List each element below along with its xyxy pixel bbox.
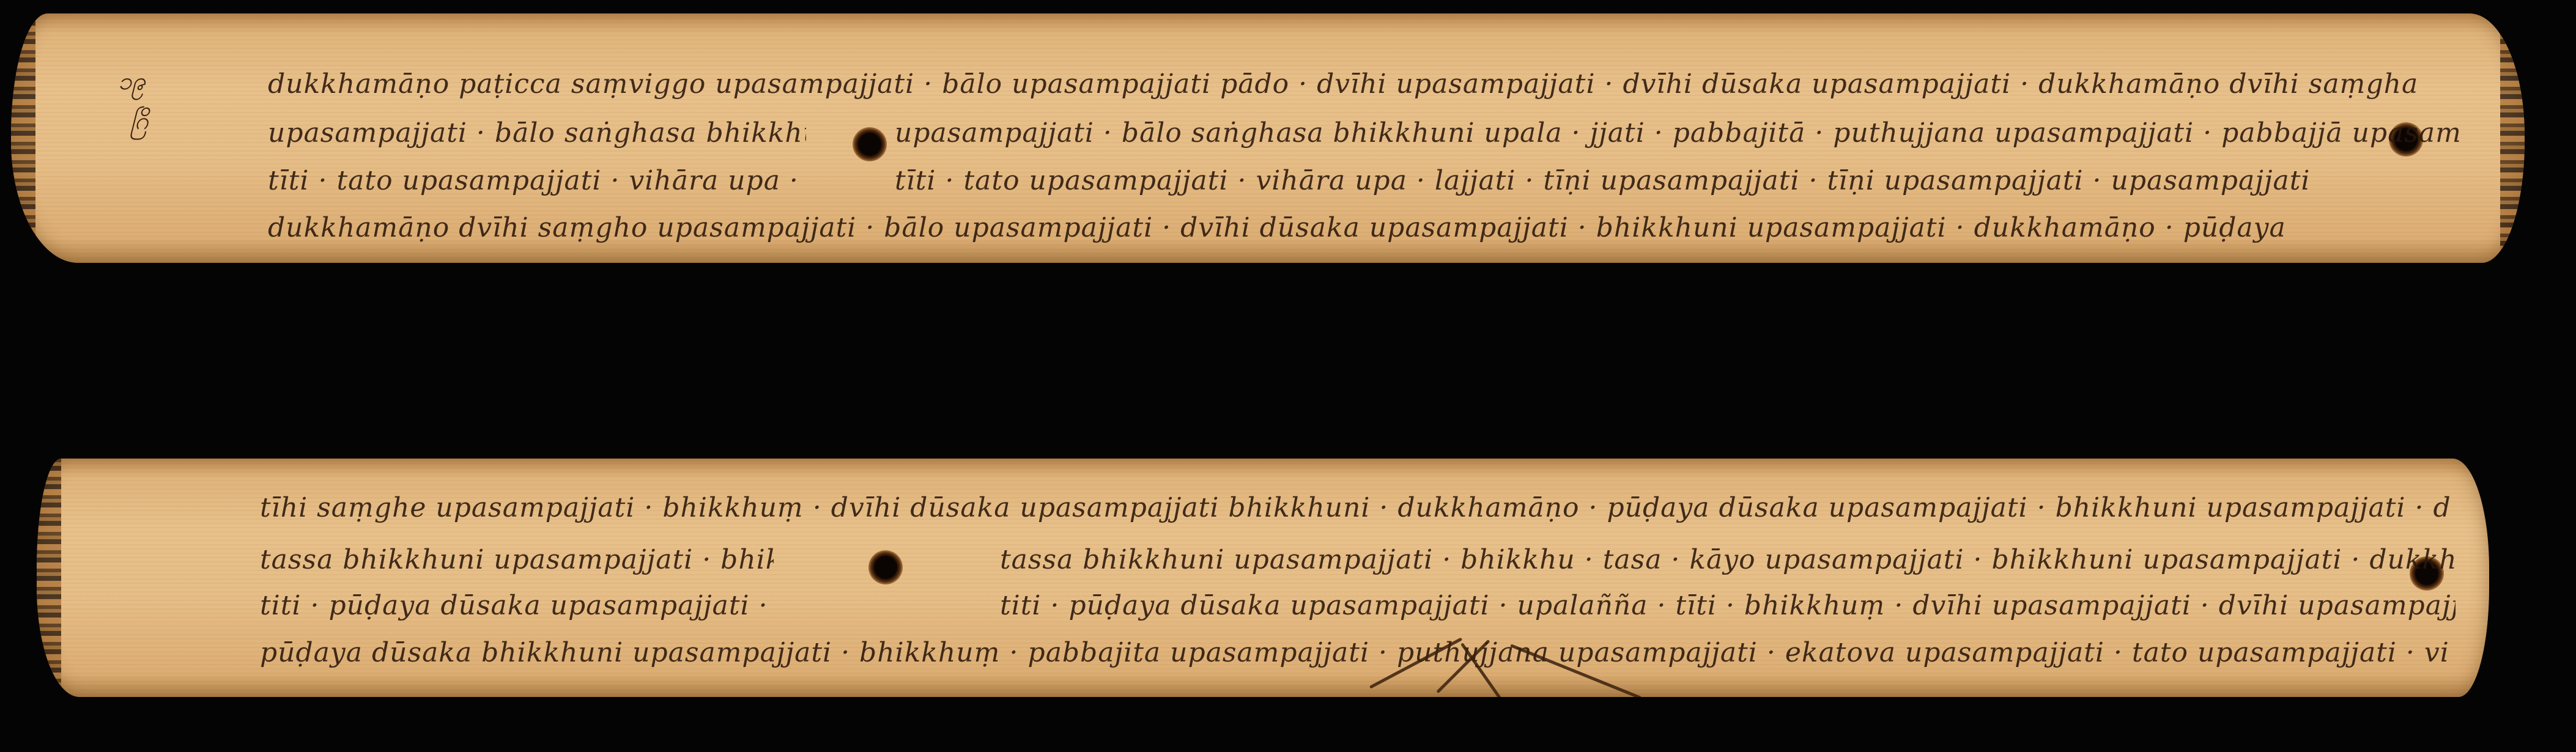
text-line: pūḍaya dūsaka bhikkhuni upasampajjati · … [260, 637, 2449, 668]
text-line: titi · pūḍaya dūsaka upasampajjati · upa… [1000, 590, 2456, 621]
palm-leaf-top: ၁၉ ဂြိ dukkhamāṇo paṭicca saṃviggo upasa… [11, 13, 2525, 263]
text-line: tīti · tato upasampajjati · vihāra upa ·… [268, 165, 806, 196]
leaf-edge-damage [2500, 13, 2525, 263]
text-line: upasampajjati · bālo saṅghasa bhikkhuni … [895, 117, 2460, 149]
text-line: dukkhamāṇo dvīhi saṃgho upasampajjati · … [268, 212, 2286, 243]
palm-leaf-bottom: tīhi saṃghe upasampajjati · bhikkhuṃ · d… [37, 459, 2489, 697]
text-line: dukkhamāṇo paṭicca saṃviggo upasampajjat… [268, 68, 2418, 100]
text-line: tīhi saṃghe upasampajjati · bhikkhuṃ · d… [260, 492, 2449, 523]
text-line: tassa bhikkhuni upasampajjati · bhikkhu … [1000, 544, 2456, 575]
leaf-edge-damage [37, 459, 61, 697]
string-hole [868, 550, 903, 584]
text-line: upasampajjati · bālo saṅghasa bhikkhuni … [268, 117, 806, 149]
leaf-edge-damage [11, 13, 35, 263]
leaf-number: ၁၉ [118, 65, 146, 101]
text-line: tassa bhikkhuni upasampajjati · bhikkhu … [260, 544, 774, 575]
string-hole [853, 127, 887, 161]
text-line: titi · pūḍaya dūsaka upasampajjati · upa… [260, 590, 774, 621]
leaf-signature: ဂြိ [130, 105, 149, 141]
text-line: tīti · tato upasampajjati · vihāra upa ·… [895, 165, 2460, 196]
